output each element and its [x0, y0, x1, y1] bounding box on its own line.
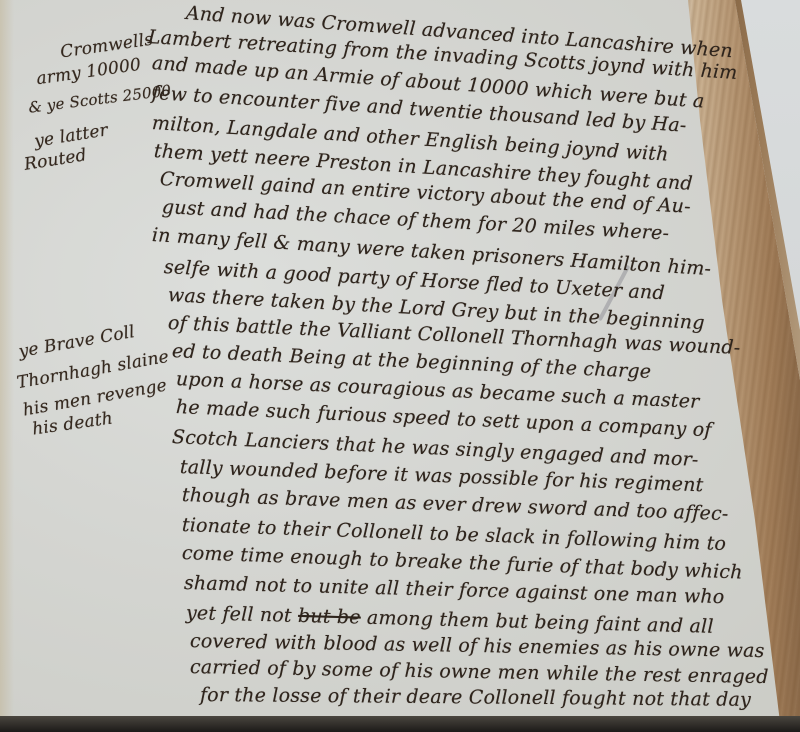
book-gutter-shadow	[0, 716, 800, 732]
struck-through-text: but be	[298, 605, 361, 629]
text-fragment: yet fell not	[186, 602, 292, 627]
page-left-edge	[0, 0, 14, 722]
manuscript-photo: Cromwells army 10000 & ye Scotts 25000 y…	[0, 0, 800, 732]
